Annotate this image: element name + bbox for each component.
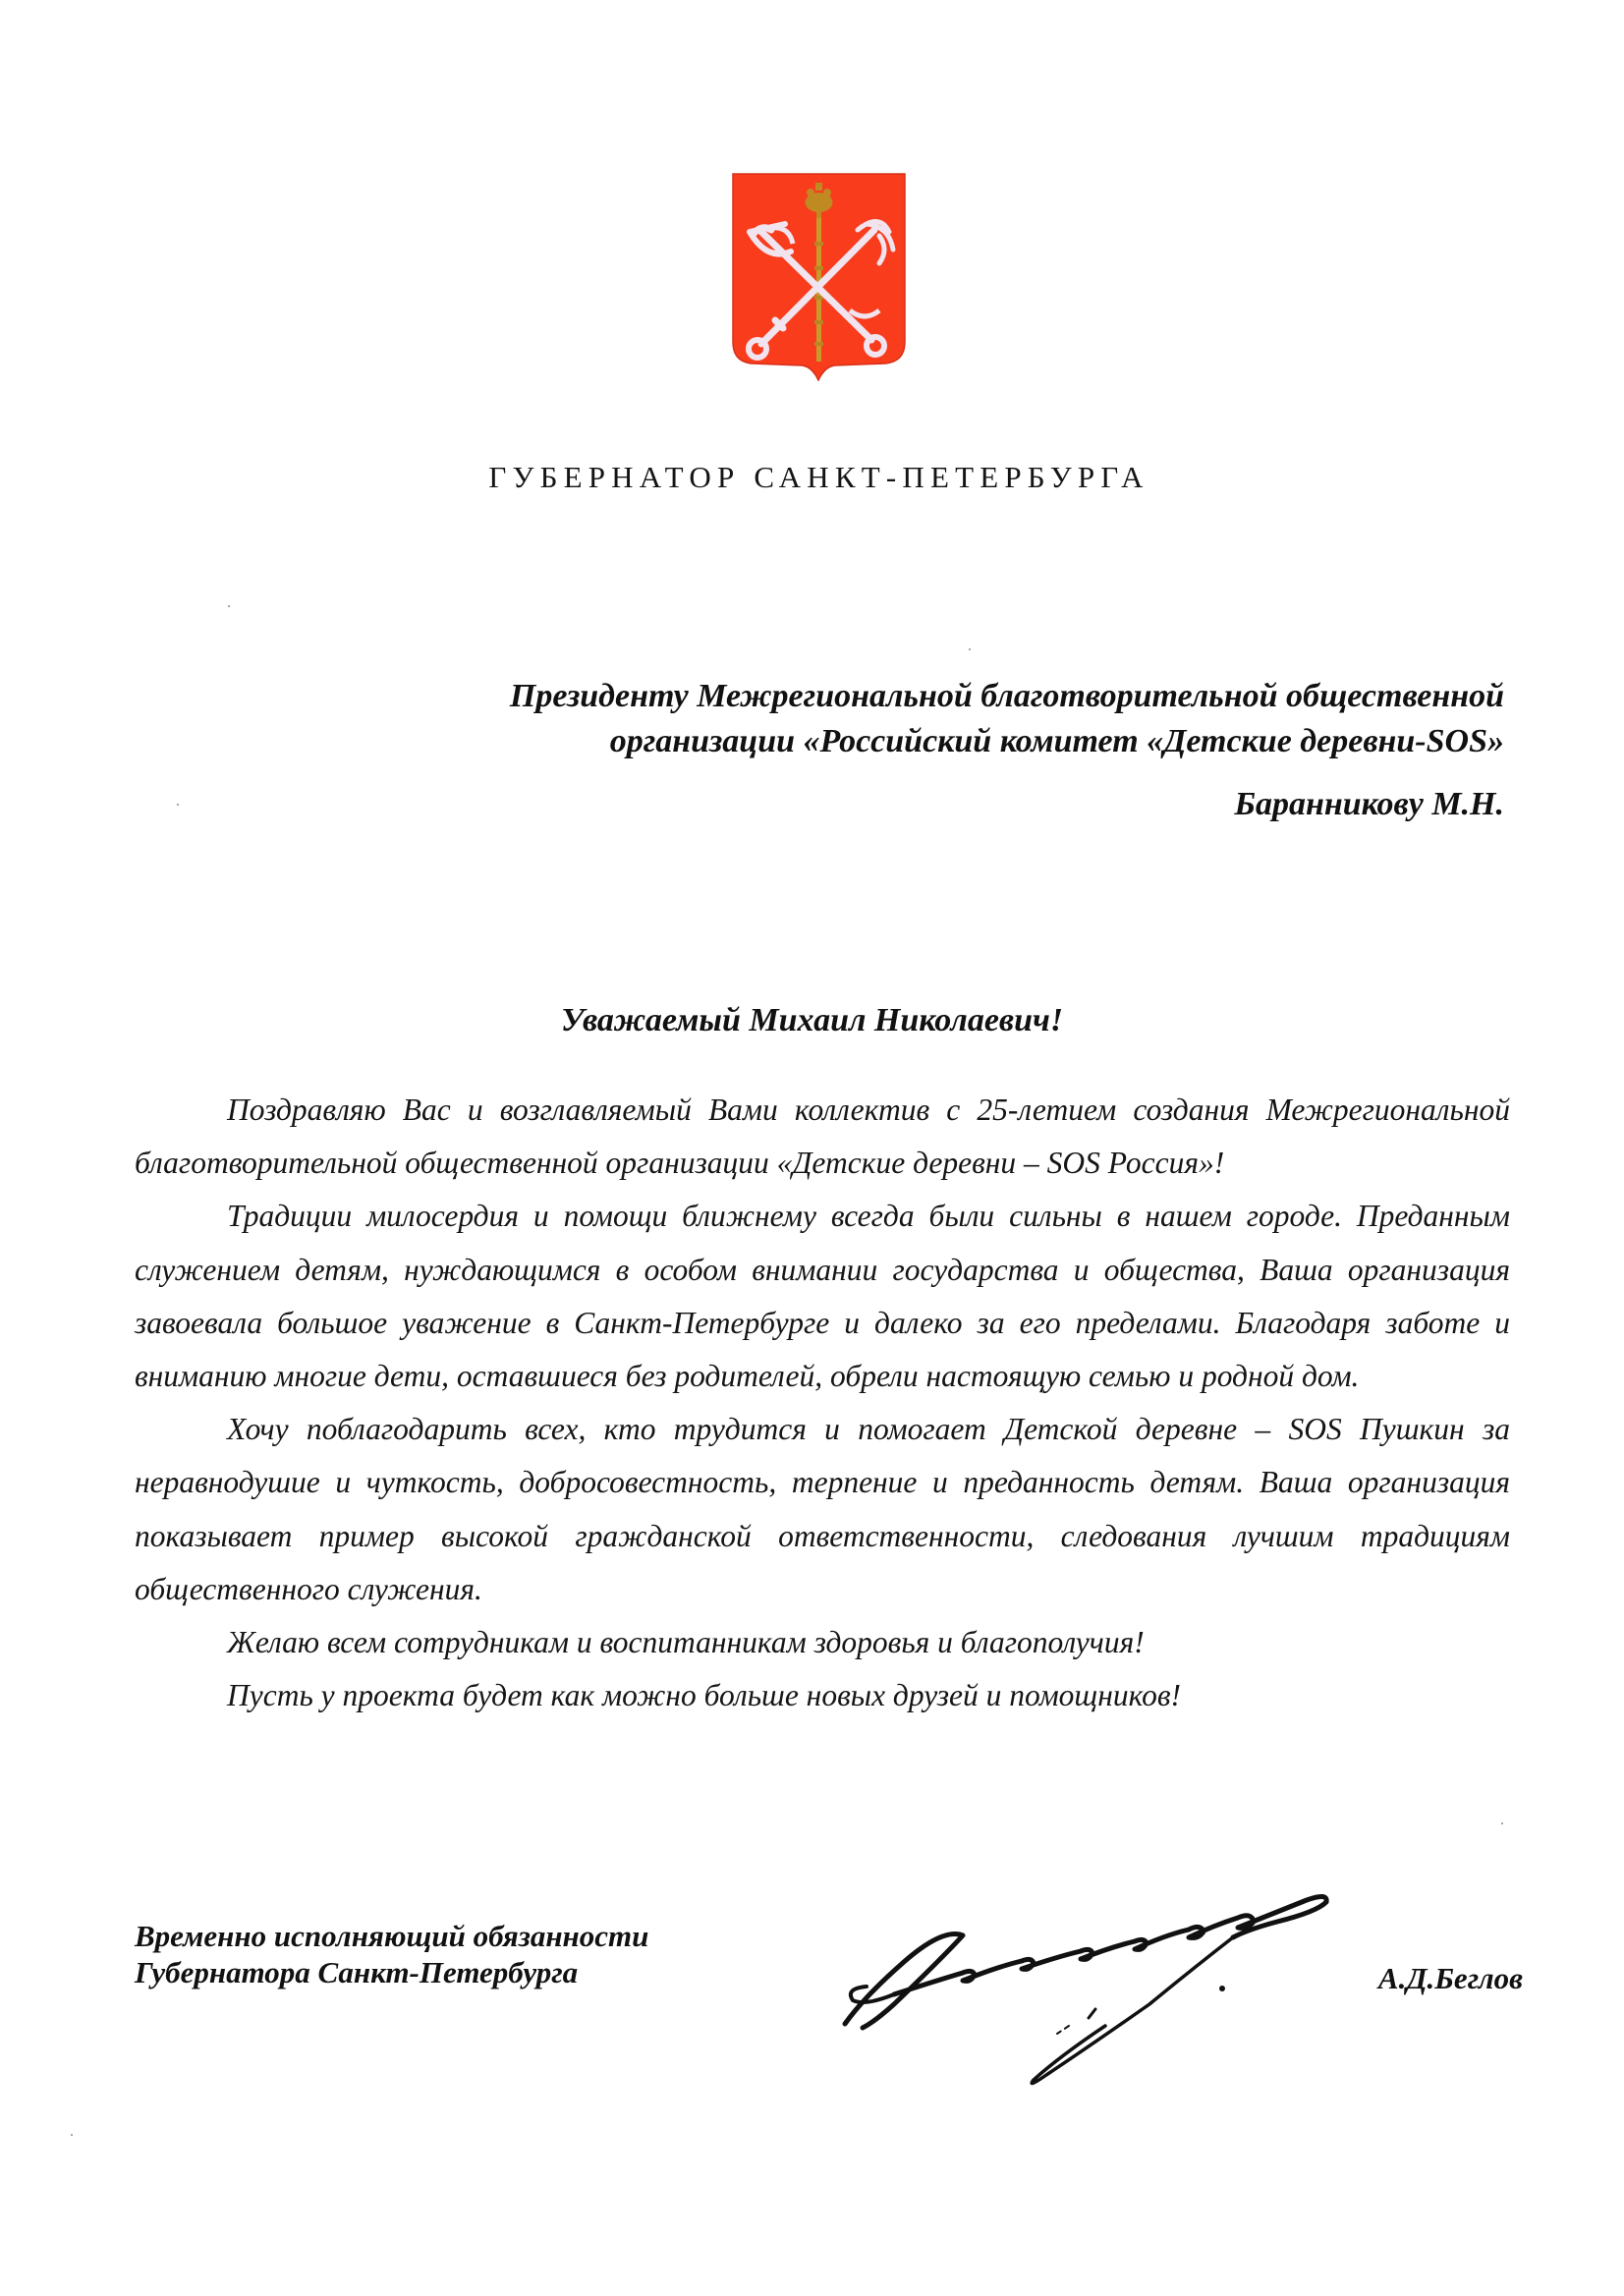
- signatory-title-line: Губернатора Санкт-Петербурга: [135, 1954, 648, 1990]
- body-paragraph: Желаю всем сотрудникам и воспитанникам з…: [135, 1616, 1510, 1669]
- body-paragraph: Традиции милосердия и помощи ближнему вс…: [135, 1190, 1510, 1403]
- salutation: Уважаемый Михаил Николаевич!: [0, 1002, 1624, 1039]
- addressee-line: Президенту Межрегиональной благотворител…: [510, 674, 1504, 719]
- handwritten-signature-icon: [825, 1878, 1336, 2100]
- letter-body: Поздравляю Вас и возглавляемый Вами колл…: [135, 1084, 1510, 1722]
- body-paragraph: Поздравляю Вас и возглавляемый Вами колл…: [135, 1084, 1510, 1190]
- body-paragraph: Хочу поблагодарить всех, кто трудится и …: [135, 1403, 1510, 1616]
- body-paragraph: Пусть у проекта будет как можно больше н…: [135, 1669, 1510, 1722]
- coat-of-arms-icon: [732, 173, 906, 381]
- addressee-name: Баранникову М.Н.: [510, 782, 1504, 827]
- letter-page: ГУБЕРНАТОР САНКТ-ПЕТЕРБУРГА Президенту М…: [0, 0, 1624, 2296]
- scan-speck: [1501, 1822, 1503, 1824]
- scan-speck: [177, 804, 179, 806]
- addressee-line: организации «Российский комитет «Детские…: [510, 719, 1504, 764]
- signatory-title-line: Временно исполняющий обязанности: [135, 1918, 648, 1954]
- scan-speck: [969, 648, 971, 650]
- signer-name: А.Д.Беглов: [1378, 1961, 1523, 1996]
- letterhead-title: ГУБЕРНАТОР САНКТ-ПЕТЕРБУРГА: [0, 460, 1624, 495]
- scan-speck: [228, 605, 230, 607]
- signatory-title: Временно исполняющий обязанности Губерна…: [135, 1918, 648, 1990]
- addressee-block: Президенту Межрегиональной благотворител…: [510, 674, 1504, 827]
- scan-speck: [71, 2134, 73, 2136]
